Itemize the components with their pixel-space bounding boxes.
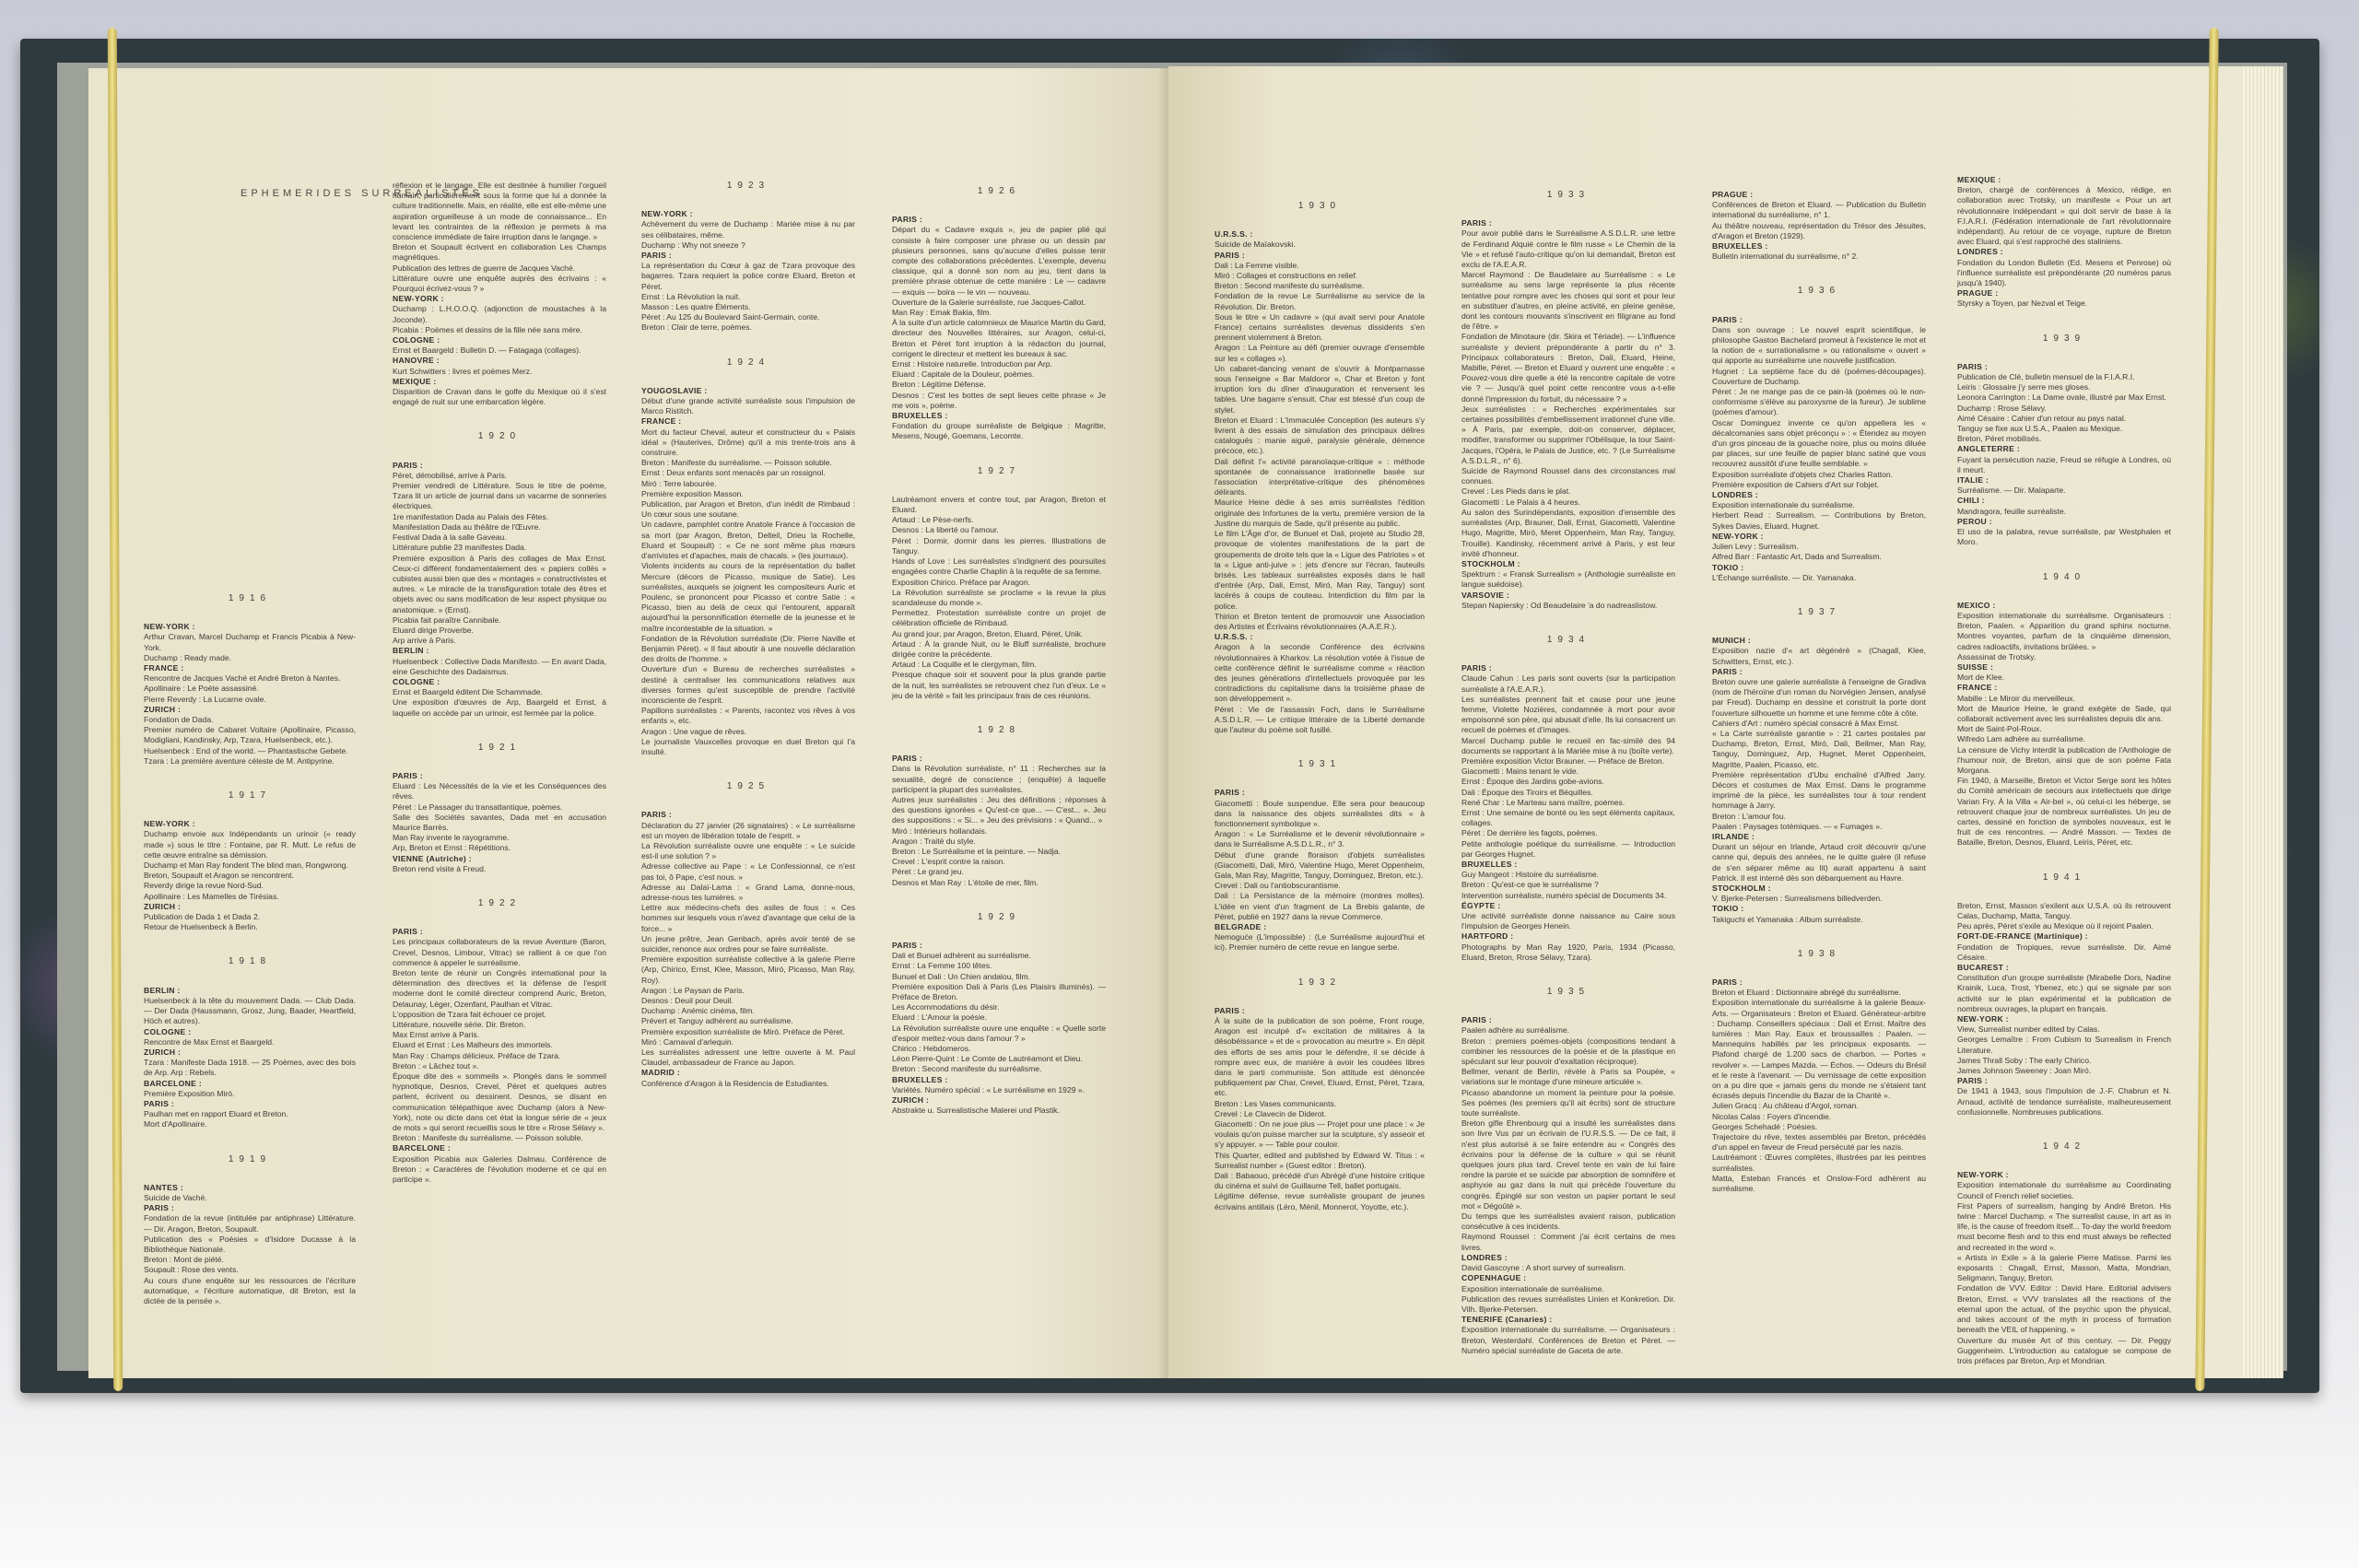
place-heading: SUISSE : (1957, 662, 2171, 673)
chronology-entry: Giacometti : Le Palais à 4 heures. (1461, 497, 1675, 508)
chronology-entry: Assassinat de Trotsky. (1957, 652, 2171, 662)
place-heading: PARIS : (641, 251, 855, 261)
chronology-entry: Giacometti : Boule suspendue. Elle sera … (1215, 799, 1425, 830)
right-page[interactable]: 1930U.R.S.S. :Suicide de Maïakovski.PARI… (1168, 66, 2243, 1378)
place-heading: BARCELONE : (144, 1079, 356, 1089)
chronology-entry: Littérature, nouvelle série. Dir. Breton… (393, 1020, 606, 1030)
place-heading: ITALIE : (1957, 475, 2171, 486)
chronology-entry: Suicide de Maïakovski. (1215, 240, 1425, 250)
place-heading: MADRID : (641, 1068, 855, 1078)
chronology-entry: View, Surrealist number edited by Calas. (1957, 1024, 2171, 1035)
chronology-entry: Fondation de la revue Le Surréalisme au … (1215, 291, 1425, 311)
place-heading: FRANCE : (641, 416, 855, 427)
chronology-entry: « La Carte surréaliste garantie » : 21 c… (1712, 729, 1926, 770)
chronology-entry: Exposition internationale du surréalisme… (1712, 998, 1926, 1101)
chronology-entry: Exposition Picabia aux Galeries Dalmau. … (393, 1154, 606, 1186)
chronology-entry: Les surréalistes prennent fait et cause … (1461, 695, 1675, 736)
year-heading: 1929 (892, 912, 1106, 922)
chronology-entry: Rencontre de Max Ernst et Baargeld. (144, 1037, 356, 1047)
chronology-entry: Hugnet : La septième face du dé (poèmes-… (1712, 367, 1926, 387)
place-heading: NEW-YORK : (144, 819, 356, 829)
place-heading: ZURICH : (144, 705, 356, 715)
chronology-entry: Artaud : Le Pèse-nerfs. (892, 515, 1106, 525)
place-heading: PARIS : (1461, 218, 1675, 228)
place-heading: BERLIN : (393, 646, 606, 656)
place-heading: PARIS : (1215, 1006, 1425, 1016)
place-heading: PARIS : (144, 1099, 356, 1109)
place-heading: BRUXELLES : (892, 1075, 1106, 1085)
chronology-entry: Rencontre de Jacques Vaché et André Bret… (144, 673, 356, 684)
place-heading: TENERIFE (Canaries) : (1461, 1315, 1675, 1325)
chronology-entry: Duchamp : Ready made. (144, 653, 356, 663)
chronology-entry: Picabia : Poèmes et dessins de la fille … (393, 325, 606, 335)
chronology-entry: Arp, Breton et Ernst : Répétitions. (393, 843, 606, 853)
chronology-entry: James Thrall Soby : The early Chirico. (1957, 1056, 2171, 1066)
place-heading: STOCKHOLM : (1461, 559, 1675, 569)
chronology-entry: Légitime défense, revue surréaliste grou… (1215, 1191, 1425, 1211)
chronology-entry: Jeux surréalistes : « Recherches expérim… (1461, 404, 1675, 466)
chronology-entry: Arthur Cravan, Marcel Duchamp et Francis… (144, 632, 356, 652)
place-heading: PARIS : (1215, 788, 1425, 798)
chronology-entry: Exposition internationale du surréalisme… (1957, 611, 2171, 652)
place-heading: NANTES : (144, 1183, 356, 1193)
chronology-entry: Première exposition Victor Brauner. — Pr… (1461, 756, 1675, 766)
chronology-entry: David Gascoyne : A short survey of surre… (1461, 1263, 1675, 1273)
chronology-entry: Dali : La Persistance de la mémoire (mon… (1215, 891, 1425, 922)
chronology-entry: Abstrakte u. Surrealistische Malerei und… (892, 1106, 1106, 1116)
year-heading: 1923 (641, 181, 855, 191)
year-heading: 1939 (1957, 333, 2171, 344)
chronology-entry: Les surréalistes adressent une lettre ou… (641, 1047, 855, 1068)
chronology-entry: Fondation de la Révolution surréaliste (… (641, 634, 855, 665)
place-heading: FORT-DE-FRANCE (Martinique) : (1957, 931, 2171, 942)
chronology-entry: Nemoguće (L'impossible) : (Le Surréalism… (1215, 932, 1425, 953)
chronology-entry: Miró : Intérieurs hollandais. (892, 826, 1106, 837)
page-edges-stack (2243, 66, 2283, 1378)
year-heading: 1934 (1461, 635, 1675, 645)
chronology-entry: Desnos : La liberté ou l'amour. (892, 525, 1106, 535)
place-heading: BRUXELLES : (1712, 241, 1926, 252)
chronology-entry: Les Accommodations du désir. (892, 1002, 1106, 1012)
chronology-entry: Ernst et Baargeld : Bulletin D. — Fataga… (393, 345, 606, 356)
place-heading: BARCELONE : (393, 1143, 606, 1153)
place-heading: ÉGYPTE : (1461, 901, 1675, 911)
chronology-entry: Breton : L'amour fou. (1712, 812, 1926, 822)
chronology-entry: Pour avoir publié dans le Surréalisme A.… (1461, 228, 1675, 270)
chronology-entry: Littérature publie 23 manifestes Dada. (393, 543, 606, 553)
year-heading: 1932 (1215, 977, 1425, 988)
chronology-entry: Exposition internationale du surréalisme… (1712, 500, 1926, 510)
chronology-entry: Oscar Dominguez invente ce qu'on appelle… (1712, 418, 1926, 470)
place-heading: TOKIO : (1712, 563, 1926, 573)
chronology-entry: Ernst et Baargeld éditent Die Schammade. (393, 687, 606, 697)
chronology-entry: Première exposition surréaliste de Miró.… (641, 1027, 855, 1037)
place-heading: PARIS : (892, 941, 1106, 951)
place-heading: PARIS : (1957, 362, 2171, 372)
chronology-entry: Breton : premiers poèmes-objets (composi… (1461, 1036, 1675, 1068)
place-heading: PEROU : (1957, 517, 2171, 527)
chronology-entry: Duchamp et Man Ray fondent The blind man… (144, 860, 356, 871)
chronology-entry: Arp arrive à Paris. (393, 636, 606, 646)
chronology-entry: Durant un séjour en Irlande, Artaud croi… (1712, 842, 1926, 883)
place-heading: MEXIQUE : (1957, 175, 2171, 185)
chronology-entry: De 1941 à 1943, sous l'impulsion de J.-F… (1957, 1086, 2171, 1117)
place-heading: NEW-YORK : (1712, 532, 1926, 542)
chronology-entry: Man Ray : Emak Bakia, film. (892, 308, 1106, 318)
chronology-entry: Ernst : Époque des Jardins gobe-avions. (1461, 777, 1675, 787)
chronology-entry: Eluard dirige Proverbe. (393, 626, 606, 636)
chronology-entry: Ernst : Histoire naturelle. Introduction… (892, 359, 1106, 369)
chronology-entry: Breton : Manifeste du surréalisme. — Poi… (641, 458, 855, 468)
chronology-entry: Manifestation Dada au théâtre de l'Œuvre… (393, 522, 606, 532)
place-heading: FRANCE : (144, 663, 356, 673)
chronology-entry: Péret : Vie de l'assassin Foch, dans le … (1215, 705, 1425, 736)
chronology-entry: James Johnson Sweeney : Joan Miró. (1957, 1066, 2171, 1076)
chronology-entry: Breton et Soupault écrivent en collabora… (393, 242, 606, 263)
chronology-entry: Crevel : Les Pieds dans le plat. (1461, 486, 1675, 497)
chronology-entry: Man Ray invente le rayogramme. (393, 833, 606, 843)
chronology-entry: Breton tente de réunir un Congrès intern… (393, 968, 606, 1010)
chronology-entry: Breton, Péret mobilisés. (1957, 434, 2171, 444)
chronology-entry: V. Bjerke-Petersen : Surrealismens bille… (1712, 894, 1926, 904)
chronology-entry: Presque chaque soir et souvent pour la p… (892, 670, 1106, 701)
chronology-entry: Premier vendredi de Littérature. Sous le… (393, 481, 606, 512)
chronology-entry: Breton : Clair de terre, poèmes. (641, 322, 855, 333)
place-heading: LONDRES : (1712, 490, 1926, 500)
year-heading: 1924 (641, 357, 855, 368)
chronology-entry: Au théâtre nouveau, représentation du Tr… (1712, 221, 1926, 241)
place-heading: ZURICH : (892, 1095, 1106, 1106)
chronology-entry: Crevel : Dali ou l'antiobscurantisme. (1215, 881, 1425, 891)
place-heading: PARIS : (144, 1203, 356, 1213)
chronology-entry: Lettre aux médecins-chefs des asiles de … (641, 903, 855, 934)
chronology-entry: Ernst : La Révolution la nuit. (641, 292, 855, 302)
chronology-entry: L'opposition de Tzara fait échouer ce pr… (393, 1010, 606, 1020)
chronology-entry: Giacometti : Mains tenant le vide. (1461, 766, 1675, 777)
place-heading: BELGRADE : (1215, 922, 1425, 932)
place-heading: COLOGNE : (393, 335, 606, 345)
chronology-entry: Exposition internationale de surréalisme… (1461, 1284, 1675, 1294)
chronology-entry: Breton : Second manifeste du surréalisme… (1215, 281, 1425, 291)
chronology-entry: Picasso abandonne un moment la peinture … (1461, 1088, 1675, 1119)
place-heading: LONDRES : (1957, 247, 2171, 257)
chronology-entry: Tanguy se fixe aux U.S.A., Paalen au Mex… (1957, 424, 2171, 434)
place-heading: MEXIQUE : (393, 377, 606, 387)
chronology-entry: Ernst : Deux enfants sont menacés par un… (641, 468, 855, 478)
chronology-entry: Artaud : La Coquille et le clergyman, fi… (892, 660, 1106, 670)
place-heading: PRAGUE : (1712, 190, 1926, 200)
chronology-entry: Picabia fait paraître Cannibale. (393, 615, 606, 626)
chronology-entry: Conférence d'Aragon à la Residencia de E… (641, 1079, 855, 1089)
chronology-entry: Exposition surréaliste d'objets chez Cha… (1712, 470, 1926, 480)
chronology-entry: Ouverture de la Galerie surréaliste, rue… (892, 298, 1106, 308)
year-heading: 1937 (1712, 607, 1926, 617)
chronology-entry: À la suite d'un article calomnieux de Ma… (892, 318, 1106, 359)
chronology-entry: Styrsky a Toyen, par Nezval et Teige. (1957, 298, 2171, 309)
chronology-entry: Leiris : Glossaire j'y serre mes gloses. (1957, 382, 2171, 392)
chronology-entry: Fondation de Tropiques, revue surréalist… (1957, 942, 2171, 963)
place-heading: MEXICO : (1957, 601, 2171, 611)
chronology-entry: Au cours d'une enquête sur les ressource… (144, 1276, 356, 1307)
chronology-entry: La représentation du Cœur à gaz de Tzara… (641, 261, 855, 292)
place-heading: NEW-YORK : (144, 622, 356, 632)
chronology-entry: Wifredo Lam adhère au surréalisme. (1957, 734, 2171, 744)
year-heading: 1918 (144, 956, 356, 966)
chronology-entry: Nicolas Calas : Foyers d'incendie. (1712, 1112, 1926, 1122)
place-heading: PARIS : (393, 927, 606, 937)
chronology-entry: Stepan Napiersky : Od Beaudelaire 'a do … (1461, 601, 1675, 611)
place-heading: COLOGNE : (393, 677, 606, 687)
chronology-entry: Première exposition à Paris des collages… (393, 554, 606, 615)
chronology-entry: Intervention surréaliste, numéro spécial… (1461, 891, 1675, 901)
chronology-entry: Bellmer, venant de Berlin, révèle à Pari… (1461, 1067, 1675, 1087)
year-heading: 1920 (393, 431, 606, 441)
chronology-entry: Suicide de Raymond Roussel dans des circ… (1461, 466, 1675, 486)
left-column-2: réflexion et le langage. Elle est destin… (393, 181, 606, 1185)
chronology-entry: Bunuel et Dali : Un Chien andalou, film. (892, 972, 1106, 982)
right-column-2: 1933PARIS :Pour avoir publié dans le Sur… (1461, 190, 1675, 1356)
place-heading: ZURICH : (144, 1047, 356, 1058)
chronology-entry: Exposition Chirico. Préface par Aragon. (892, 578, 1106, 588)
place-heading: PARIS : (1461, 1015, 1675, 1025)
chronology-entry: Desnos : Deuil pour Deuil. (641, 996, 855, 1006)
chronology-entry: Papillons surréalistes : « Parents, raco… (641, 706, 855, 726)
chronology-entry: Desnos et Man Ray : L'étoile de mer, fil… (892, 878, 1106, 888)
place-heading: IRLANDE : (1712, 832, 1926, 842)
chronology-entry: Breton : « Lâchez tout ». (393, 1061, 606, 1071)
chronology-entry: Chirico : Hebdomeros. (892, 1044, 1106, 1054)
chronology-entry: Publication des lettres de guerre de Jac… (393, 263, 606, 274)
chronology-entry: Aragon : Une vague de rêves. (641, 727, 855, 737)
chronology-entry: L'Échange surréaliste. — Dir. Yamanaka. (1712, 573, 1926, 583)
chronology-entry: Surréalisme. — Dir. Malaparte. (1957, 486, 2171, 496)
chronology-entry: Péret : Au 125 du Boulevard Saint-Germai… (641, 312, 855, 322)
chronology-entry: This Quarter, edited and published by Ed… (1215, 1151, 1425, 1171)
chronology-entry: Lautréamont envers et contre tout, par A… (892, 495, 1106, 515)
chronology-entry: Alfred Barr : Fantastic Art, Dada and Su… (1712, 552, 1926, 562)
left-column-4: 1926PARIS :Départ du « Cadavre exquis »,… (892, 186, 1106, 1116)
chronology-entry: Mort de Saint-Pol-Roux. (1957, 724, 2171, 734)
chronology-entry: Desnos : C'est les bottes de sept lieues… (892, 391, 1106, 411)
chronology-entry: Breton ouvre une galerie surréaliste à l… (1712, 677, 1926, 719)
chronology-entry: Festival Dada à la salle Gaveau. (393, 532, 606, 543)
chronology-entry: Dali et Bunuel adhèrent au surréalisme. (892, 951, 1106, 961)
chronology-entry: Ouverture du musée Art of this century. … (1957, 1336, 2171, 1367)
left-column-1: 1916NEW-YORK :Arthur Cravan, Marcel Duch… (144, 593, 356, 1306)
year-heading: 1916 (144, 593, 356, 603)
chronology-entry: Variétés. Numéro spécial : « Le surréali… (892, 1085, 1106, 1095)
chronology-entry: Première exposition de Cahiers d'Art sur… (1712, 480, 1926, 490)
chronology-entry: Spektrum : « Fransk Surrealism » (Anthol… (1461, 569, 1675, 590)
chronology-entry: Péret : Je ne mange pas de ce pain-là (p… (1712, 387, 1926, 418)
chronology-entry: Début d'une grande activité surréaliste … (641, 396, 855, 416)
place-heading: MUNICH : (1712, 636, 1926, 646)
chronology-entry: Une activité surréaliste donne naissance… (1461, 911, 1675, 931)
chronology-entry: Exposition internationale du surréalisme… (1461, 1325, 1675, 1356)
chronology-entry: La Révolution surréaliste ouvre une enqu… (892, 1024, 1106, 1044)
year-heading: 1935 (1461, 987, 1675, 997)
place-heading: STOCKHOLM : (1712, 883, 1926, 894)
chronology-entry: Breton rend visite à Freud. (393, 864, 606, 874)
year-heading: 1917 (144, 790, 356, 801)
chronology-entry: Miró : Carnaval d'arlequin. (641, 1037, 855, 1047)
place-heading: NEW-YORK : (641, 209, 855, 219)
chronology-entry: Déclaration du 27 janvier (26 signataire… (641, 821, 855, 841)
chronology-entry: Publication, par Aragon et Breton, d'un … (641, 499, 855, 520)
chronology-entry: Guy Mangeot : Histoire du surréalisme. (1461, 870, 1675, 880)
left-page[interactable]: EPHEMERIDES SURREALISTES 1916NEW-YORK :A… (88, 68, 1168, 1378)
chronology-entry: Paalen : Paysages totémiques. — « Fumage… (1712, 822, 1926, 832)
chronology-entry: Dali : Époque des Tiroirs et Béquilles. (1461, 788, 1675, 798)
place-heading: PARIS : (1957, 1076, 2171, 1086)
chronology-entry: Marcel Duchamp publie le recueil en fac-… (1461, 736, 1675, 756)
chronology-entry: Georges Schehadé : Poésies. (1712, 1122, 1926, 1132)
chronology-entry: Les principaux collaborateurs de la revu… (393, 937, 606, 968)
chronology-entry: Crevel : L'esprit contre la raison. (892, 857, 1106, 867)
chronology-entry: Breton, Ernst, Masson s'exilent aux U.S.… (1957, 901, 2171, 921)
chronology-entry: Man Ray : Champs délicieux. Préface de T… (393, 1051, 606, 1061)
chronology-entry: Paalen adhère au surréalisme. (1461, 1025, 1675, 1036)
year-heading: 1940 (1957, 572, 2171, 582)
chronology-entry: Photographs by Man Ray 1920, Paris, 1934… (1461, 942, 1675, 963)
place-heading: BRUXELLES : (892, 411, 1106, 421)
place-heading: HANOVRE : (393, 356, 606, 366)
chronology-entry: Ouverture d'un « Bureau de recherches su… (641, 664, 855, 706)
chronology-entry: Breton : Les Vases communicants. (1215, 1099, 1425, 1109)
chronology-entry: Publication de Clé, bulletin mensuel de … (1957, 372, 2171, 382)
place-heading: PARIS : (393, 461, 606, 471)
place-heading: PARIS : (892, 215, 1106, 225)
chronology-entry: Fondation de Minotaure (dir. Skira et Té… (1461, 332, 1675, 404)
chronology-entry: Première Exposition Miró. (144, 1089, 356, 1099)
chronology-entry: Julien Gracq : Au château d'Argol, roman… (1712, 1101, 1926, 1111)
year-heading: 1936 (1712, 286, 1926, 296)
chronology-entry: réflexion et le langage. Elle est destin… (393, 181, 606, 242)
chronology-entry: La censure de Vichy interdit la publicat… (1957, 745, 2171, 777)
chronology-entry: Suicide de Vaché. (144, 1193, 356, 1203)
chronology-entry: Départ du « Cadavre exquis », jeu de pap… (892, 225, 1106, 297)
year-heading: 1928 (892, 725, 1106, 735)
chronology-entry: Apollinaire : Les Mamelles de Tirésias. (144, 892, 356, 902)
chronology-entry: Prévert et Tanguy adhèrent au surréalism… (641, 1016, 855, 1026)
year-heading: 1931 (1215, 759, 1425, 769)
table-surface (0, 1382, 2359, 1568)
place-heading: YOUGOSLAVIE : (641, 386, 855, 396)
chronology-entry: Fondation de VVV. Editor : David Hare. E… (1957, 1283, 2171, 1335)
chronology-entry: Breton : Qu'est-ce que le surréalisme ? (1461, 880, 1675, 890)
chronology-entry: Aragon à la seconde Conférence des écriv… (1215, 642, 1425, 704)
place-heading: ZURICH : (144, 902, 356, 912)
chronology-entry: Eluard : Capitale de la Douleur, poèmes. (892, 369, 1106, 380)
chronology-entry: Le film L'Âge d'or, de Bunuel et Dali, p… (1215, 529, 1425, 612)
chronology-entry: Breton : Le Surréalisme et la peinture. … (892, 847, 1106, 857)
place-heading: PARIS : (1712, 315, 1926, 325)
right-column-1: 1930U.R.S.S. :Suicide de Maïakovski.PARI… (1215, 201, 1425, 1212)
chronology-entry: Péret : Le grand jeu. (892, 867, 1106, 877)
chronology-entry: Premier numéro de Cabaret Voltaire (Apol… (144, 725, 356, 745)
chronology-entry: Aimé Césaire : Cahier d'un retour au pay… (1957, 414, 2171, 424)
chronology-entry: Achèvement du verre de Duchamp : Mariée … (641, 219, 855, 240)
chronology-entry: Mabille : Le Miroir du merveilleux. (1957, 694, 2171, 704)
chronology-entry: Breton : Légitime Défense. (892, 380, 1106, 390)
chronology-entry: Soupault : Rose des vents. (144, 1265, 356, 1275)
chronology-entry: Petite anthologie poétique du surréalism… (1461, 839, 1675, 860)
place-heading: U.R.S.S. : (1215, 632, 1425, 642)
chronology-entry: Eluard et Ernst : Les Malheurs des immor… (393, 1040, 606, 1050)
place-heading: PARIS : (892, 754, 1106, 764)
chronology-entry: Première exposition Masson. (641, 489, 855, 499)
place-heading: VARSOVIE : (1461, 591, 1675, 601)
place-heading: PARIS : (1712, 667, 1926, 677)
chronology-entry: Leonora Carrington : La Dame ovale, illu… (1957, 392, 2171, 403)
chronology-entry: Première exposition Dali à Paris (Les Pl… (892, 982, 1106, 1002)
year-heading: 1938 (1712, 949, 1926, 959)
chronology-entry: Léon Pierre-Quint : Le Comte de Lautréam… (892, 1054, 1106, 1064)
chronology-entry: Miró : Terre labourée. (641, 479, 855, 489)
chronology-entry: À la suite de la publication de son poèm… (1215, 1016, 1425, 1099)
chronology-entry: Crevel : Le Clavecin de Diderot. (1215, 1109, 1425, 1119)
chronology-entry: Le journaliste Vauxcelles provoque en du… (641, 737, 855, 757)
right-column-3: PRAGUE :Conférences de Breton et Eluard.… (1712, 190, 1926, 1194)
place-heading: PARIS : (1712, 977, 1926, 988)
chronology-entry: Duchamp : Why not sneeze ? (641, 240, 855, 251)
place-heading: BRUXELLES : (1461, 860, 1675, 870)
chronology-entry: Au salon des Surindépendants, exposition… (1461, 508, 1675, 559)
chronology-entry: Dali : Babaouo, précédé d'un Abrégé d'un… (1215, 1171, 1425, 1191)
chronology-entry: Un cabaret-dancing venant de s'ouvrir à … (1215, 364, 1425, 415)
place-heading: BUCAREST : (1957, 963, 2171, 973)
chronology-entry: Pierre Reverdy : La Lucarne ovale. (144, 695, 356, 705)
chronology-entry: Breton gifle Ehrenbourg qui a insulté le… (1461, 1118, 1675, 1211)
chronology-entry: Disparition de Cravan dans le golfe du M… (393, 387, 606, 407)
place-heading: NEW-YORK : (393, 294, 606, 304)
chronology-entry: First Papers of surrealism, hanging by A… (1957, 1201, 2171, 1253)
chronology-entry: Masson : Les quatre Éléments. (641, 302, 855, 312)
place-heading: PARIS : (641, 810, 855, 820)
chronology-entry: Retour de Huelsenbeck à Berlin. (144, 922, 356, 932)
chronology-entry: Eluard : L'Amour la poésie. (892, 1012, 1106, 1023)
chronology-entry: Ernst : Une semaine de bonté ou les sept… (1461, 808, 1675, 828)
chronology-entry: Eluard : Les Nécessités de la vie et les… (393, 781, 606, 802)
chronology-entry: Péret, démobilisé, arrive à Paris. (393, 471, 606, 481)
place-heading: HARTFORD : (1461, 931, 1675, 942)
chronology-entry: Giacometti : On ne joue plus — Projet po… (1215, 1119, 1425, 1151)
chronology-entry: Exposition nazie d'« art dégénéré » (Cha… (1712, 646, 1926, 666)
chronology-entry: La Révolution surréaliste ouvre une enqu… (641, 841, 855, 861)
chronology-entry: Lautréamont : Œuvres complètes, illustré… (1712, 1153, 1926, 1173)
place-heading: LONDRES : (1461, 1253, 1675, 1263)
place-heading: U.R.S.S. : (1215, 229, 1425, 240)
chronology-entry: Takiguchi et Yamanaka : Album surréalist… (1712, 915, 1926, 925)
place-heading: PRAGUE : (1957, 288, 2171, 298)
chronology-entry: Mort du facteur Cheval, auteur et constr… (641, 427, 855, 459)
left-column-3: 1923NEW-YORK :Achèvement du verre de Duc… (641, 181, 855, 1089)
year-heading: 1927 (892, 466, 1106, 476)
place-heading: NEW-YORK : (1957, 1170, 2171, 1180)
chronology-entry: Apollinaire : Le Poète assassiné. (144, 684, 356, 694)
chronology-entry: Conférences de Breton et Eluard. — Publi… (1712, 200, 1926, 220)
place-heading: PARIS : (393, 771, 606, 781)
chronology-entry: Bulletin international du surréalisme, n… (1712, 252, 1926, 262)
chronology-entry: Paulhan met en rapport Eluard et Breton. (144, 1109, 356, 1119)
chronology-entry: Aragon : La Peinture au défi (premier ou… (1215, 343, 1425, 363)
chronology-entry: Violents incidents au cours de la représ… (641, 561, 855, 633)
chronology-entry: Première représentation d'Ubu enchaîné d… (1712, 770, 1926, 812)
chronology-entry: Dali définit l'« activité paranoïaque-cr… (1215, 457, 1425, 498)
year-heading: 1921 (393, 743, 606, 753)
chronology-entry: Exposition internationale du surréalisme… (1957, 1180, 2171, 1200)
chronology-entry: Publication des « Poésies » d'Isidore Du… (144, 1235, 356, 1255)
